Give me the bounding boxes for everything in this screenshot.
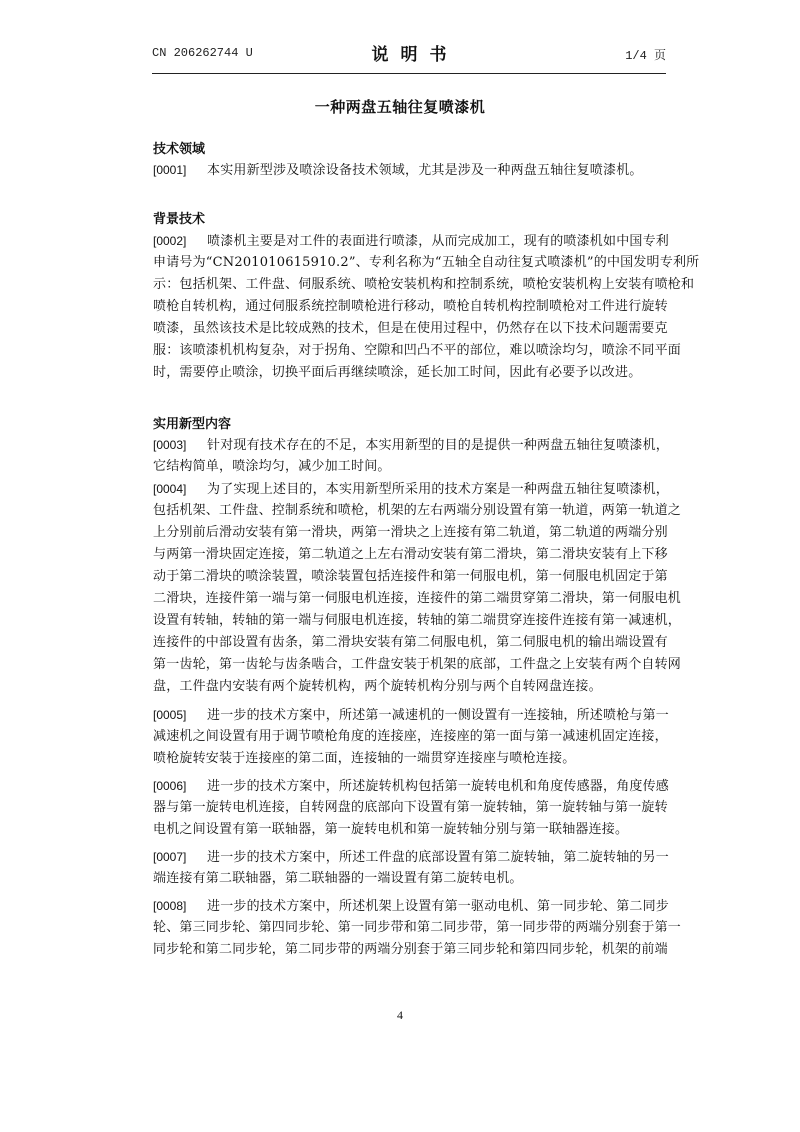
paragraph-line: 第一齿轮，第一齿轮与齿条啮合，工件盘安装于机架的底部，工件盘之上安装有两个自转网 (153, 657, 667, 673)
page-header: CN 206262744 U 说明书 1/4 页 (152, 38, 666, 66)
paragraph-text: 进一步的技术方案中，所述机架上设置有第一驱动电机、第一同步轮、第二同步 (207, 899, 669, 914)
paragraph-number: [0002] (153, 233, 207, 249)
paragraph-number: [0008] (153, 898, 207, 914)
paragraph-line: 喷漆，虽然该技术是比较成熟的技术，但是在使用过程中，仍然存在以下技术问题需要克 (153, 321, 667, 337)
paragraph-text: 进一步的技术方案中，所述第一减速机的一侧设置有一连接轴，所述喷枪与第一 (207, 708, 669, 723)
paragraph-line: 盘，工件盘内安装有两个旋转机构，两个旋转机构分别与两个自转网盘连接。 (153, 679, 667, 695)
paragraph-text: 进一步的技术方案中，所述旋转机构包括第一旋转电机和角度传感器，角度传感 (207, 779, 669, 794)
page-indicator: 1/4 页 (625, 46, 666, 63)
header-divider (152, 73, 666, 74)
paragraph-line: 轮、第三同步轮、第四同步轮、第一同步带和第二同步带，第一同步带的两端分别套于第一 (153, 920, 667, 936)
paragraph-number: [0001] (153, 162, 207, 178)
paragraph-line: [0004]为了实现上述目的，本实用新型所采用的技术方案是一种两盘五轴往复喷漆机… (153, 481, 667, 498)
document-type: 说明书 (152, 40, 666, 65)
document-title: 一种两盘五轴往复喷漆机 (0, 96, 800, 117)
paragraph-line: 减速机之间设置有用于调节喷枪角度的连接座，连接座的第一面与第一减速机固定连接， (153, 729, 667, 745)
paragraph-text: 本实用新型涉及喷涂设备技术领域，尤其是涉及一种两盘五轴往复喷漆机。 (207, 163, 643, 178)
paragraph-line: 连接件的中部设置有齿条，第二滑块安装有第二伺服电机，第二伺服电机的输出端设置有 (153, 635, 667, 651)
paragraph-line: 喷枪自转机构，通过伺服系统控制喷枪进行移动，喷枪自转机构控制喷枪对工件进行旋转 (153, 299, 667, 315)
paragraph-line: [0001]本实用新型涉及喷涂设备技术领域，尤其是涉及一种两盘五轴往复喷漆机。 (153, 162, 667, 179)
paragraph-number: [0004] (153, 481, 207, 497)
section-heading: 技术领域 (153, 138, 205, 157)
paragraph-text: 为了实现上述目的，本实用新型所采用的技术方案是一种两盘五轴往复喷漆机， (207, 482, 669, 497)
section-heading: 背景技术 (153, 208, 205, 227)
paragraph-number: [0006] (153, 778, 207, 794)
paragraph-line: [0007]进一步的技术方案中，所述工件盘的底部设置有第二旋转轴，第二旋转轴的另… (153, 849, 667, 866)
paragraph-text: 进一步的技术方案中，所述工件盘的底部设置有第二旋转轴，第二旋转轴的另一 (207, 850, 669, 865)
page-number: 4 (0, 1008, 800, 1023)
paragraph-line: 二滑块，连接件第一端与第一伺服电机连接，连接件的第二端贯穿第二滑块，第一伺服电机 (153, 591, 667, 607)
paragraph-line: 申请号为“CN201010615910.2”、专利名称为“五轴全自动往复式喷漆机… (153, 255, 667, 271)
paragraph-line: 时，需要停止喷涂，切换平面后再继续喷涂，延长加工时间，因此有必要予以改进。 (153, 365, 667, 381)
paragraph-line: 服：该喷漆机机构复杂，对于拐角、空隙和凹凸不平的部位，难以喷涂均匀，喷涂不同平面 (153, 343, 667, 359)
paragraph-line: 包括机架、工件盘、控制系统和喷枪，机架的左右两端分别设置有第一轨道，两第一轨道之 (153, 503, 667, 519)
paragraph-line: [0005]进一步的技术方案中，所述第一减速机的一侧设置有一连接轴，所述喷枪与第… (153, 707, 667, 724)
paragraph-line: 端连接有第二联轴器，第二联轴器的一端设置有第二旋转电机。 (153, 871, 667, 887)
paragraph-text: 喷漆机主要是对工件的表面进行喷漆，从而完成加工，现有的喷漆机如中国专利 (207, 234, 669, 249)
paragraph-line: [0008]进一步的技术方案中，所述机架上设置有第一驱动电机、第一同步轮、第二同… (153, 898, 667, 915)
paragraph-line: 器与第一旋转电机连接，自转网盘的底部向下设置有第一旋转轴，第一旋转轴与第一旋转 (153, 800, 667, 816)
paragraph-number: [0007] (153, 849, 207, 865)
paragraph-line: 上分别前后滑动安装有第一滑块，两第一滑块之上连接有第二轨道，第二轨道的两端分别 (153, 525, 667, 541)
paragraph-line: 喷枪旋转安装于连接座的第二面，连接轴的一端贯穿连接座与喷枪连接。 (153, 751, 667, 767)
section-heading: 实用新型内容 (153, 413, 231, 432)
paragraph-line: 示：包括机架、工件盘、伺服系统、喷枪安装机构和控制系统，喷枪安装机构上安装有喷枪… (153, 277, 667, 293)
paragraph-line: [0002]喷漆机主要是对工件的表面进行喷漆，从而完成加工，现有的喷漆机如中国专… (153, 233, 667, 250)
paragraph-number: [0003] (153, 437, 207, 453)
paragraph-line: 设置有转轴，转轴的第一端与伺服电机连接，转轴的第二端贯穿连接件连接有第一减速机， (153, 613, 667, 629)
paragraph-line: 电机之间设置有第一联轴器，第一旋转电机和第一旋转轴分别与第一联轴器连接。 (153, 822, 667, 838)
paragraph-line: 动于第二滑块的喷涂装置，喷涂装置包括连接件和第一伺服电机，第一伺服电机固定于第 (153, 569, 667, 585)
paragraph-line: [0003]针对现有技术存在的不足，本实用新型的目的是提供一种两盘五轴往复喷漆机… (153, 437, 667, 454)
paragraph-line: 它结构简单，喷涂均匀，减少加工时间。 (153, 459, 667, 475)
paragraph-line: [0006]进一步的技术方案中，所述旋转机构包括第一旋转电机和角度传感器，角度传… (153, 778, 667, 795)
paragraph-number: [0005] (153, 707, 207, 723)
paragraph-line: 与两第一滑块固定连接，第二轨道之上左右滑动安装有第二滑块，第二滑块安装有上下移 (153, 547, 667, 563)
paragraph-text: 针对现有技术存在的不足，本实用新型的目的是提供一种两盘五轴往复喷漆机， (207, 438, 669, 453)
paragraph-line: 同步轮和第二同步轮，第二同步带的两端分别套于第三同步轮和第四同步轮，机架的前端 (153, 942, 667, 958)
